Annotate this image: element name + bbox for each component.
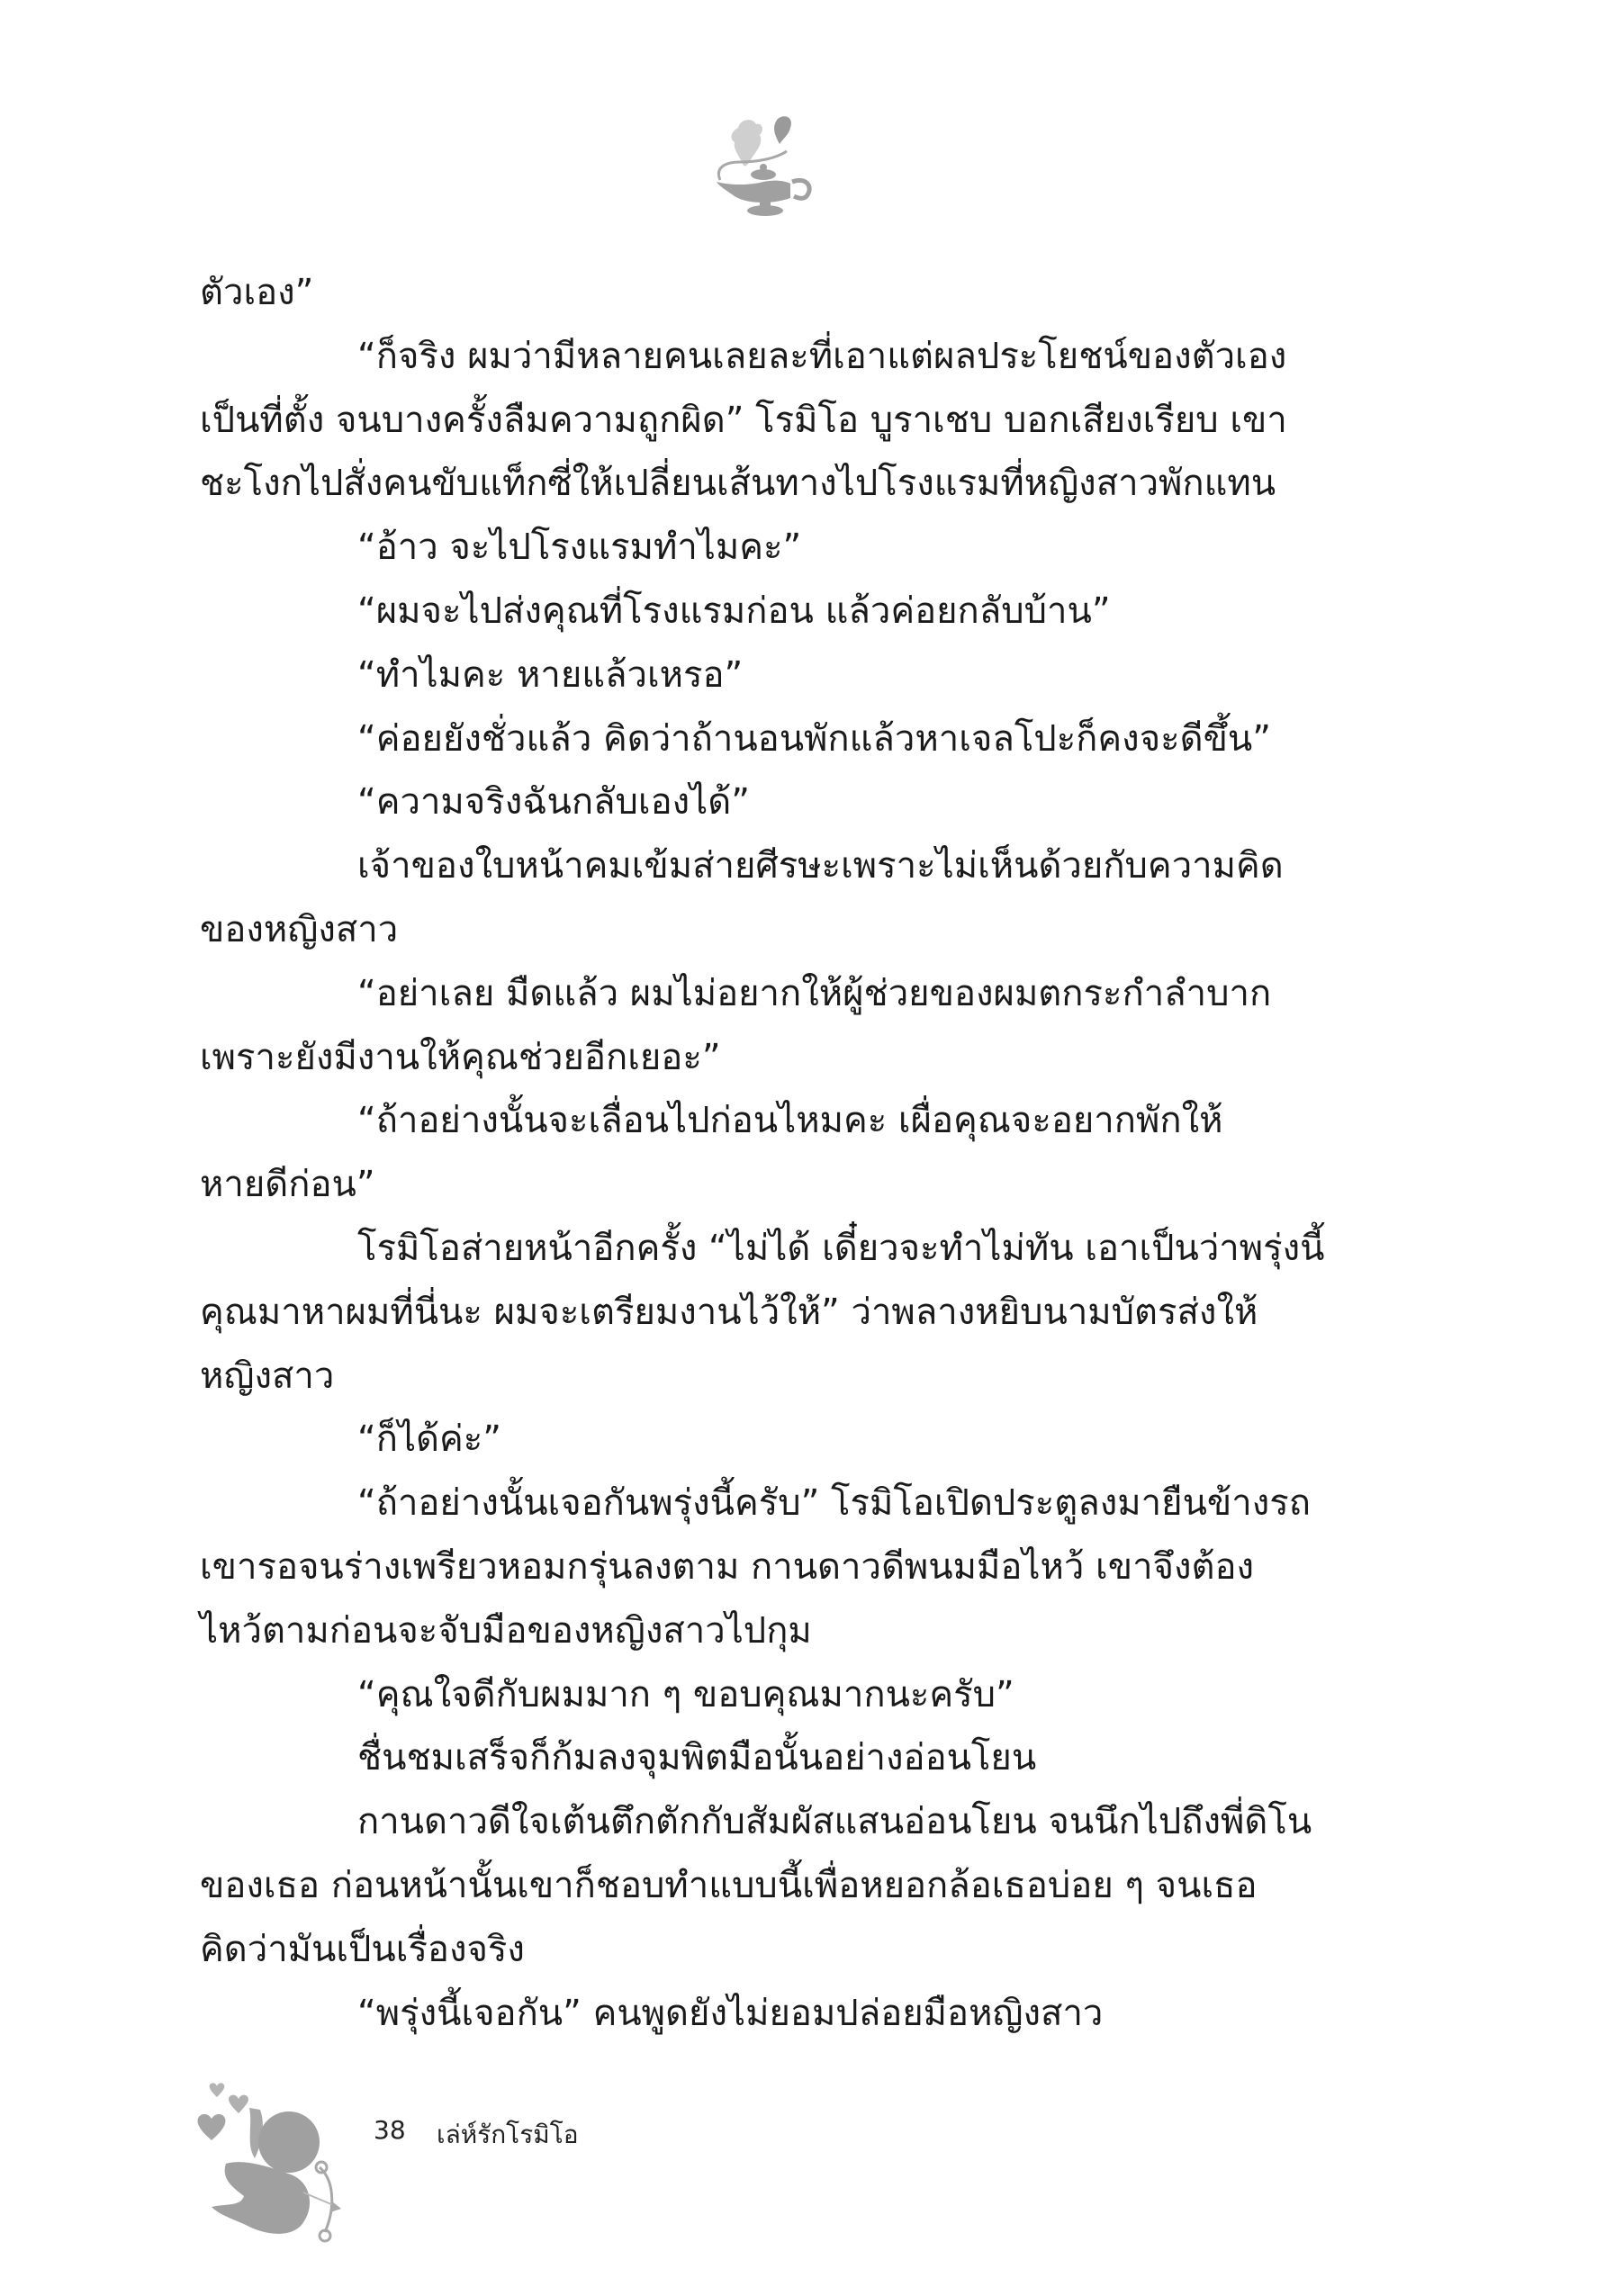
book-title: เล่ห์รักโรมิโอ [437,2115,579,2155]
text-line: โรมิโอส่ายหน้าอีกครั้ง “ไม่ได้ เดี๋ยวจะท… [200,1217,1332,1281]
text-line: เพราะยังมีงานให้คุณช่วยอีกเยอะ” [200,1026,1332,1090]
lamp-ornament-icon [713,110,817,218]
page-number: 38 [374,2115,406,2145]
text-line: “คุณใจดีกับผมมาก ๆ ขอบคุณมากนะครับ” [200,1663,1332,1727]
text-line: หญิงสาว [200,1345,1332,1409]
cupid-ornament-icon [190,2081,354,2261]
text-line: “ค่อยยังชั่วแล้ว คิดว่าถ้านอนพักแล้วหาเจ… [200,707,1332,771]
body-text: ตัวเอง” “ก็จริง ผมว่ามีหลายคนเลยละที่เอา… [200,261,1332,2045]
text-line: “พรุ่งนี้เจอกัน” คนพูดยังไม่ยอมปล่อยมือห… [200,1982,1332,2046]
text-line: “ถ้าอย่างนั้นจะเลื่อนไปก่อนไหมคะ เผื่อคุ… [200,1089,1332,1153]
text-line: เป็นที่ตั้ง จนบางครั้งลืมความถูกผิด” โรม… [200,389,1332,453]
text-line: “ถ้าอย่างนั้นเจอกันพรุ่งนี้ครับ” โรมิโอเ… [200,1472,1332,1535]
text-line: ชื่นชมเสร็จก็ก้มลงจุมพิตมือนั้นอย่างอ่อน… [200,1726,1332,1790]
text-line: หายดีก่อน” [200,1153,1332,1217]
text-line: “อ้าว จะไปโรงแรมทำไมคะ” [200,516,1332,580]
text-line: ตัวเอง” [200,261,1332,325]
text-line: ไหว้ตามก่อนจะจับมือของหญิงสาวไปกุม [200,1599,1332,1663]
text-line: ของเธอ ก่อนหน้านั้นเขาก็ชอบทำแบบนี้เพื่อ… [200,1854,1332,1918]
text-line: “ทำไมคะ หายแล้วเหรอ” [200,644,1332,707]
text-line: เขารอจนร่างเพรียวหอมกรุ่นลงตาม กานดาวดีพ… [200,1535,1332,1599]
text-line: ชะโงกไปสั่งคนขับแท็กซี่ให้เปลี่ยนเส้นทาง… [200,452,1332,516]
text-line: “อย่าเลย มืดแล้ว ผมไม่อยากให้ผู้ช่วยของผ… [200,962,1332,1026]
page-footer: 38 เล่ห์รักโรมิโอ [190,2081,730,2270]
text-line: คิดว่ามันเป็นเรื่องจริง [200,1918,1332,1982]
text-line: กานดาวดีใจเต้นตึกตักกับสัมผัสแสนอ่อนโยน … [200,1790,1332,1854]
text-line: “ก็ได้ค่ะ” [200,1408,1332,1472]
text-line: เจ้าของใบหน้าคมเข้มส่ายศีรษะเพราะไม่เห็น… [200,834,1332,898]
text-line: “ผมจะไปส่งคุณที่โรงแรมก่อน แล้วค่อยกลับบ… [200,580,1332,644]
text-line: “ความจริงฉันกลับเองได้” [200,770,1332,834]
text-line: “ก็จริง ผมว่ามีหลายคนเลยละที่เอาแต่ผลประ… [200,325,1332,389]
text-line: ของหญิงสาว [200,898,1332,962]
text-line: คุณมาหาผมที่นี่นะ ผมจะเตรียมงานไว้ให้” ว… [200,1281,1332,1345]
